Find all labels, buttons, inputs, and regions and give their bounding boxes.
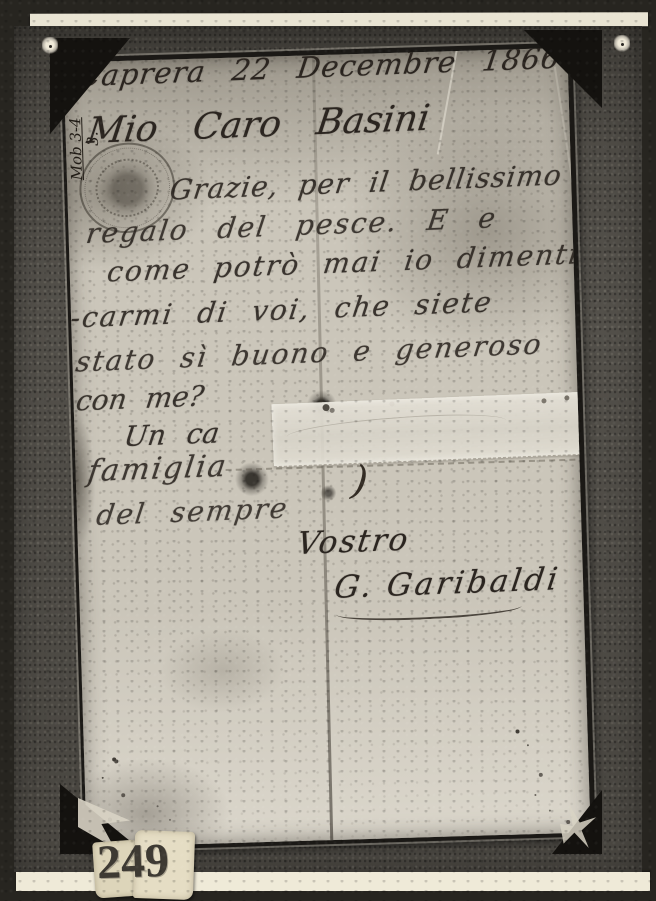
ink-smudge <box>294 837 331 847</box>
ink-spatter-bottom-left <box>112 757 116 761</box>
photo-album-page: Mob 3-4 3. Caprera 22 Decembre 1866 Mio … <box>0 0 656 901</box>
signature-underline-flourish <box>336 604 522 624</box>
letter-body-line: -carmi di voi, che siete <box>69 288 495 332</box>
letter-body-line: con me? <box>74 382 206 415</box>
ink-spatter-bottom-right <box>515 729 519 733</box>
ink-smudge <box>327 843 353 847</box>
tape-patch-erasure <box>271 392 585 467</box>
pin-mark-left <box>42 37 58 55</box>
letter-body-line: stato sì buono e generoso <box>74 330 544 376</box>
pin-mark-right <box>614 35 630 53</box>
letter-body-line: come potrò mai io dimenti- <box>105 240 590 287</box>
letter-closing: Vostro <box>295 525 411 560</box>
letter-body-line: Grazie, per il bellissimo <box>168 161 564 204</box>
archive-number: 249 <box>96 835 170 890</box>
letter-date-line: Caprera 22 Decembre 1866 <box>76 48 562 92</box>
annotation-line: Mob 3-4 <box>67 117 86 180</box>
letter-body-line: del sempre <box>95 494 291 529</box>
letter-signature: G. Garibaldi <box>332 564 562 604</box>
letter-body-line: Un ca <box>122 419 221 451</box>
mount-board: Mob 3-4 3. Caprera 22 Decembre 1866 Mio … <box>14 26 642 872</box>
letter-paper: Mob 3-4 3. Caprera 22 Decembre 1866 Mio … <box>63 48 590 848</box>
letter-body-line: famiglia <box>86 452 230 487</box>
archive-number-label: 249 <box>92 831 196 900</box>
letter-salutation: Mio Caro Basini <box>85 101 432 150</box>
letter-photograph: Mob 3-4 3. Caprera 22 Decembre 1866 Mio … <box>60 43 595 852</box>
